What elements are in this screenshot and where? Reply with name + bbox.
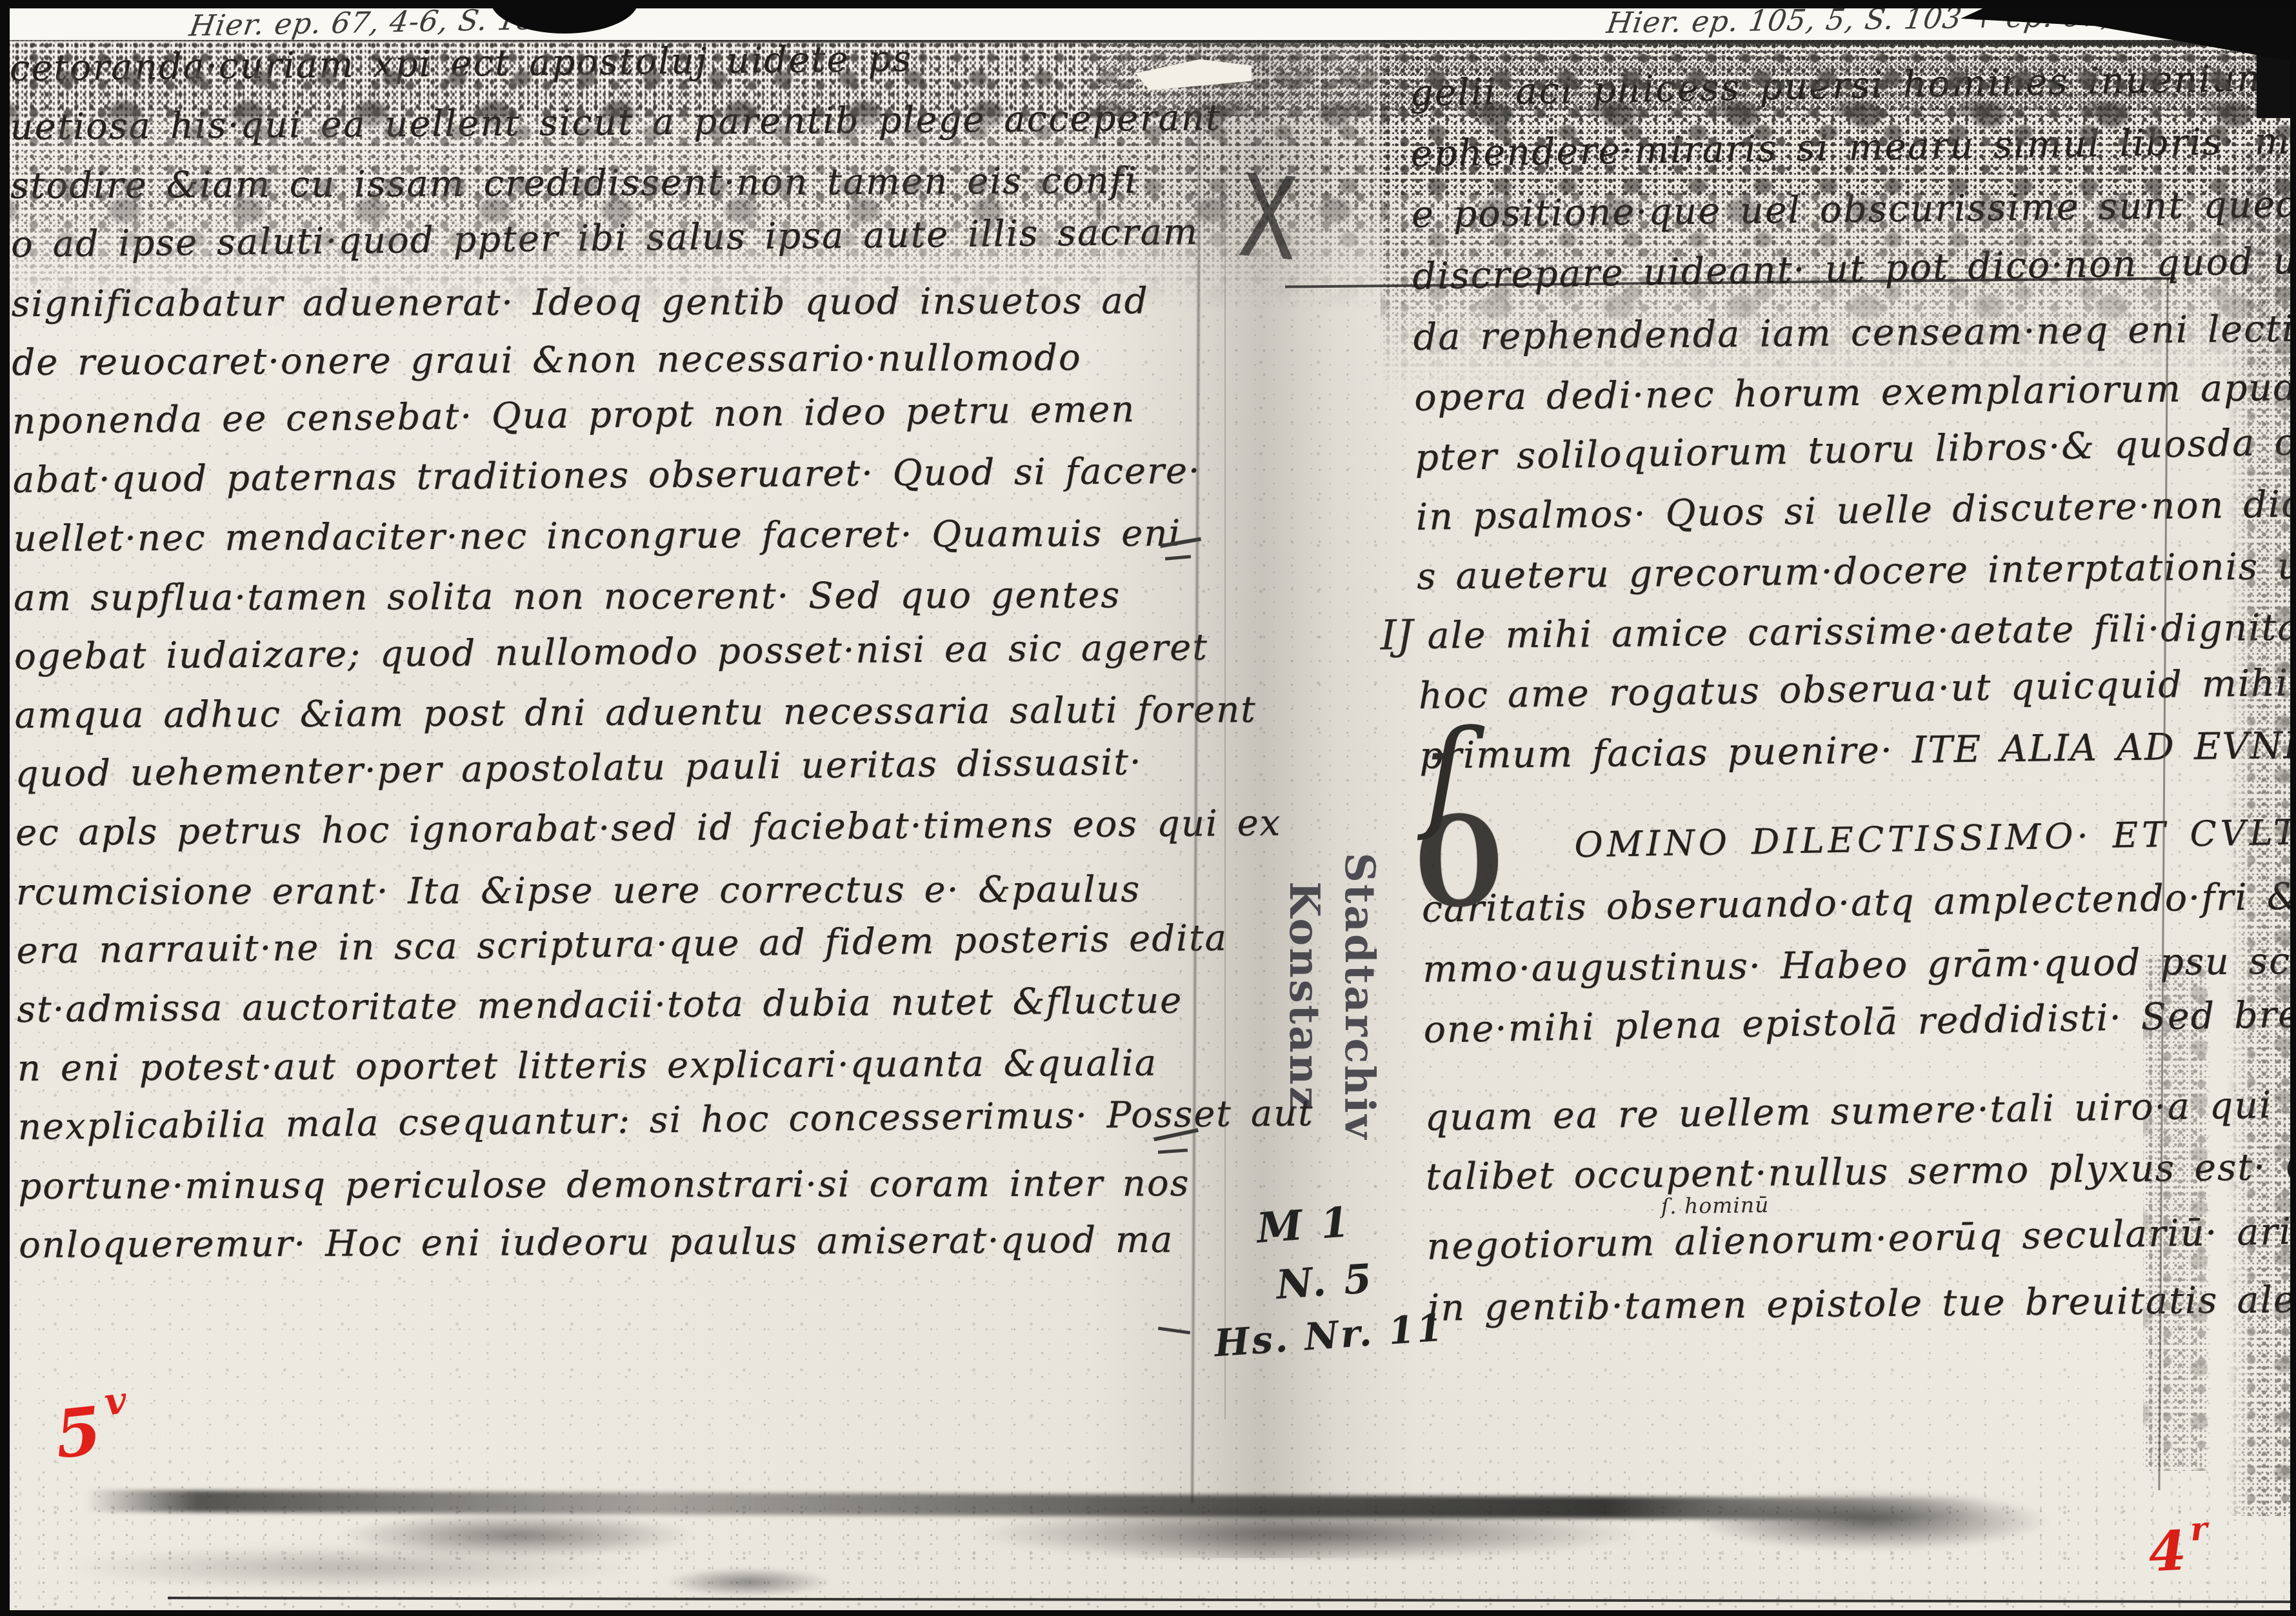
folio-mark-4r: 4r <box>2146 1510 2210 1584</box>
scan-border-top <box>0 0 2296 8</box>
scan-border-left <box>0 0 10 1616</box>
manuscript-line: pter soliloquiorum tuoru libros·& quosda… <box>1415 419 2296 479</box>
pencil-shelfmark-line: M 1 <box>1255 1198 1353 1253</box>
stamp-line-1: Stadtarchiv <box>1332 816 1387 1177</box>
manuscript-line: era narrauit·ne in sca scriptura·que ad … <box>16 917 1228 972</box>
manuscript-line: onloqueremur· Hoc eni iudeoru paulus ami… <box>19 1219 1173 1266</box>
x-mark: X <box>1237 150 1299 287</box>
folio-suffix: r <box>2190 1510 2208 1548</box>
toner-noise-strip <box>2143 955 2208 1471</box>
manuscript-line: nponenda ee censebat· Qua propt non ideo… <box>12 388 1136 443</box>
manuscript-line-capitals: OMINO DILECTISSIMO· ET CVLTV SINC <box>1574 809 2296 865</box>
stamp-line-2: Konstanz <box>1275 816 1331 1177</box>
folio-number: 5 <box>52 1392 105 1474</box>
scan-border-bottom <box>0 1610 2296 1616</box>
manuscript-line: in psalmos· Quos si uelle discutere·non … <box>1415 481 2296 539</box>
manuscript-line: portune·minusq periculose demonstrari·si… <box>18 1162 1190 1208</box>
library-stamp: Stadtarchiv Konstanz <box>1264 816 1387 1177</box>
manuscript-line: quod uehementer·per apostolatu pauli uer… <box>15 741 1143 795</box>
manuscript-line: rcumcisione erant· Ita &ipse uere correc… <box>16 868 1141 913</box>
fold-crease <box>1224 194 1226 1419</box>
manuscript-line: ogebat iudaizare; quod nullomodo posset·… <box>14 626 1208 678</box>
folio-mark-5v: 5v <box>50 1378 133 1473</box>
manuscript-line: st·admissa auctoritate mendacii·tota dub… <box>17 980 1183 1031</box>
manuscript-line: uellet·nec mendaciter·nec incongrue face… <box>13 512 1181 560</box>
folio-suffix: v <box>103 1378 129 1424</box>
pencil-shelfmark-line: N. 5 <box>1275 1255 1375 1308</box>
toner-noise-strip <box>2227 148 2296 1516</box>
interlinear-gloss: ſ. hominū <box>1661 1192 1769 1219</box>
manuscript-line: de reuocaret·onere graui &non necessario… <box>12 337 1081 384</box>
manuscript-line: ec apls petrus hoc ignorabat·sed id faci… <box>15 803 1282 854</box>
manuscript-photocopy: cetoranda·curiam xpi ect apostoluj uidet… <box>0 0 2296 1616</box>
tall-s-initial: ſ <box>1423 714 1468 834</box>
manuscript-line: caritatis obseruando·atq amplectendo·fri… <box>1421 874 2296 931</box>
manuscript-line: amqua adhuc &iam post dni aduentu necess… <box>15 689 1257 737</box>
manuscript-line: am supflua·tamen solita non nocerent· Se… <box>14 574 1121 619</box>
photocopy-speckle <box>0 1471 2296 1616</box>
scan-border-right <box>2290 0 2296 1616</box>
manuscript-line: n eni potest·aut oportet litteris explic… <box>17 1042 1157 1090</box>
folio-number: 4 <box>2147 1518 2188 1584</box>
manuscript-line: abat·quod paternas traditiones obseruare… <box>13 450 1201 501</box>
marginal-initial-V: IJ <box>1380 612 1413 660</box>
